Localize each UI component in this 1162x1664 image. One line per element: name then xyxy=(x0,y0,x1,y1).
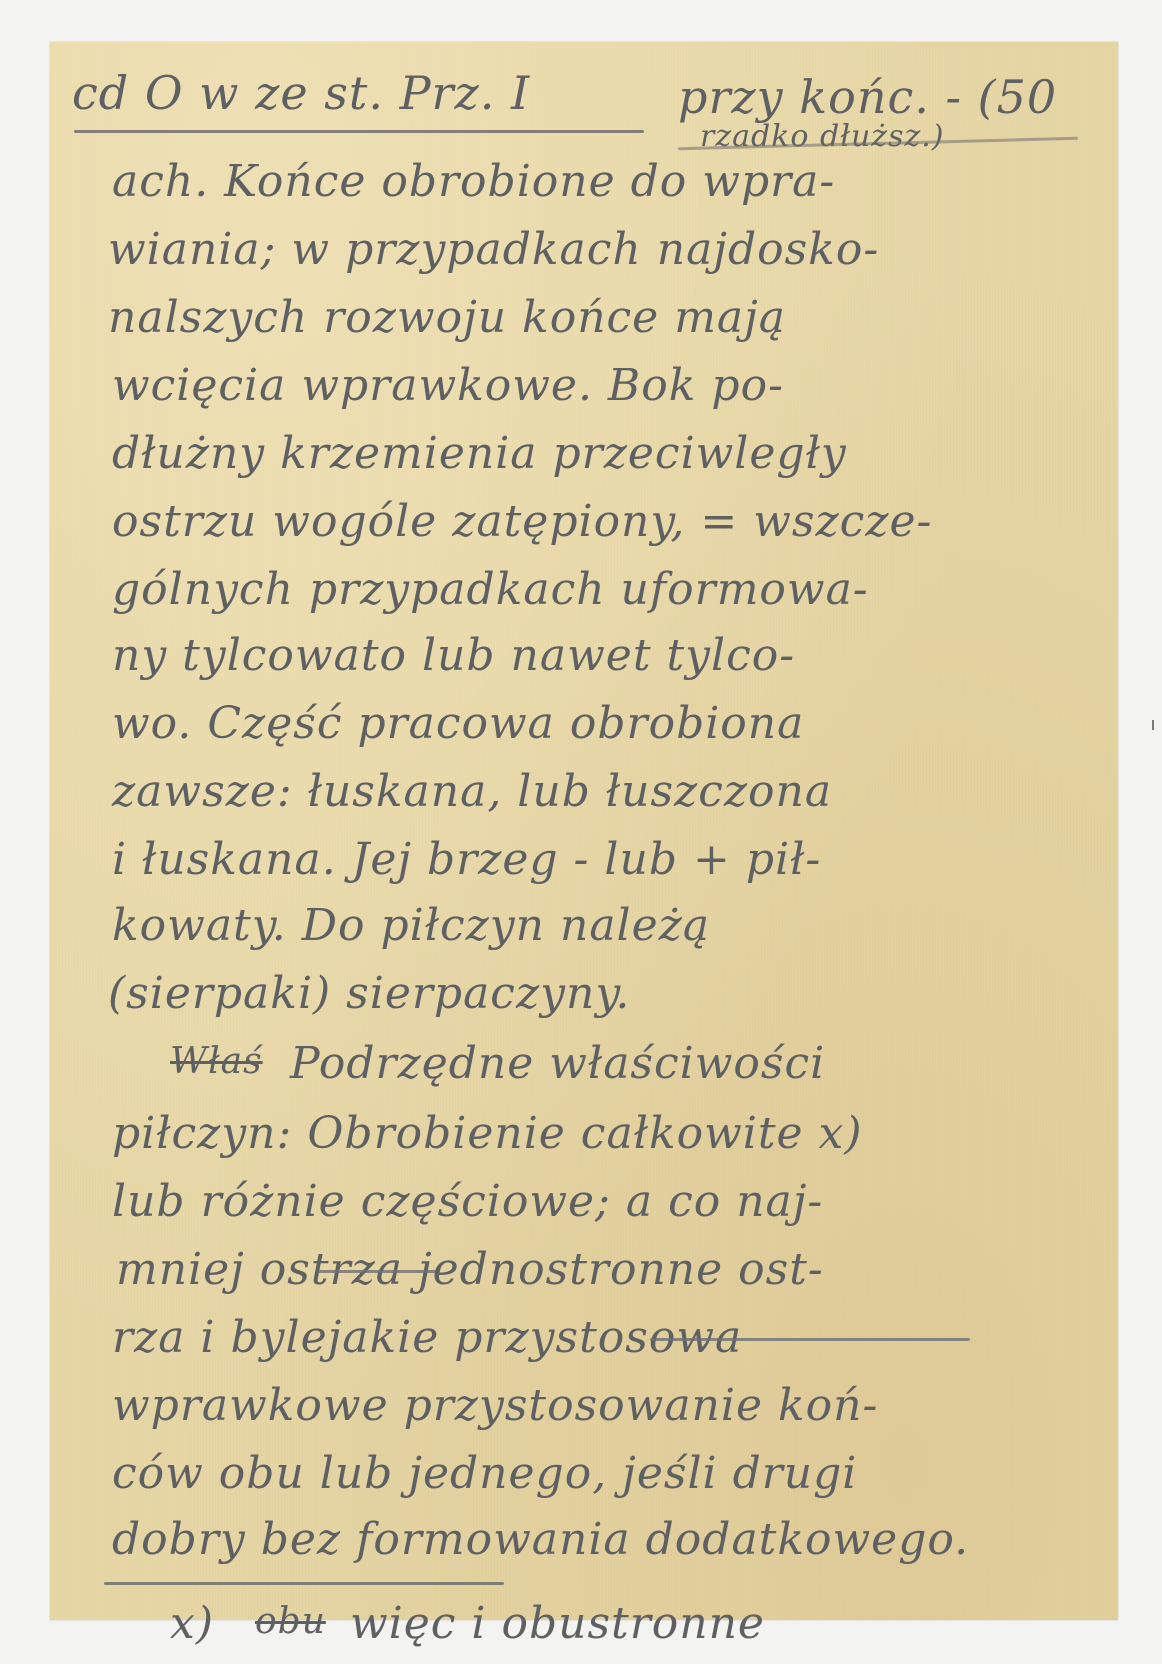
text-line-3: nalszych rozwoju końce mają xyxy=(108,296,786,340)
text-line-16: lub różnie częściowe; a co naj- xyxy=(112,1180,823,1224)
text-line-14: Podrzędne właściwości xyxy=(290,1042,825,1086)
text-line-4: wcięcia wprawkowe. Bok po- xyxy=(112,364,784,408)
text-line-21: dobry bez formowania dodatkowego. xyxy=(112,1518,969,1562)
strikethrough-przystosowa xyxy=(650,1338,970,1341)
text-line-6: ostrzu wogóle zatępiony, = wszcze- xyxy=(112,500,932,544)
header-right: przy końc. - (50 xyxy=(678,74,1057,120)
text-line-15: piłczyn: Obrobienie całkowite x) xyxy=(112,1112,863,1156)
footnote-marker: x) xyxy=(170,1602,214,1646)
text-line-8: ny tylcowato lub nawet tylco- xyxy=(112,634,795,678)
header-underline xyxy=(74,130,644,133)
text-line-9: wo. Część pracowa obrobiona xyxy=(112,702,804,746)
strikethrough-ostrza xyxy=(318,1270,436,1273)
text-line-20: ców obu lub jednego, jeśli drugi xyxy=(112,1452,857,1496)
text-line-5: dłużny krzemienia przeciwległy xyxy=(112,432,847,476)
manuscript-page: cd O w ze st. Prz. I przy końc. - (50 rz… xyxy=(50,42,1118,1620)
text-line-19: wprawkowe przystosowanie koń- xyxy=(112,1384,878,1428)
struck-word: Właś xyxy=(170,1044,263,1080)
text-line-18: rza i bylejakie przystosowa xyxy=(112,1316,742,1360)
header-left: cd O w ze st. Prz. I xyxy=(72,70,530,116)
footnote-separator xyxy=(104,1582,504,1585)
text-line-13: (sierpaki) sierpaczyny. xyxy=(108,972,630,1016)
text-line-10: zawsze: łuskana, lub łuszczona xyxy=(112,770,832,814)
text-line-1: ach. Końce obrobione do wpra- xyxy=(112,160,835,204)
text-line-17: mniej ostrza jednostronne ost- xyxy=(116,1248,824,1292)
text-line-2: wiania; w przypadkach najdosko- xyxy=(108,228,879,272)
footnote-struck-word: obu xyxy=(255,1604,326,1640)
text-line-11: i łuskana. Jej brzeg - lub + pił- xyxy=(112,838,821,882)
text-line-12: kowaty. Do piłczyn należą xyxy=(112,904,710,948)
footnote-text: więc i obustronne xyxy=(350,1602,765,1646)
margin-mark xyxy=(1152,720,1154,730)
text-line-7: gólnych przypadkach uformowa- xyxy=(112,568,869,612)
